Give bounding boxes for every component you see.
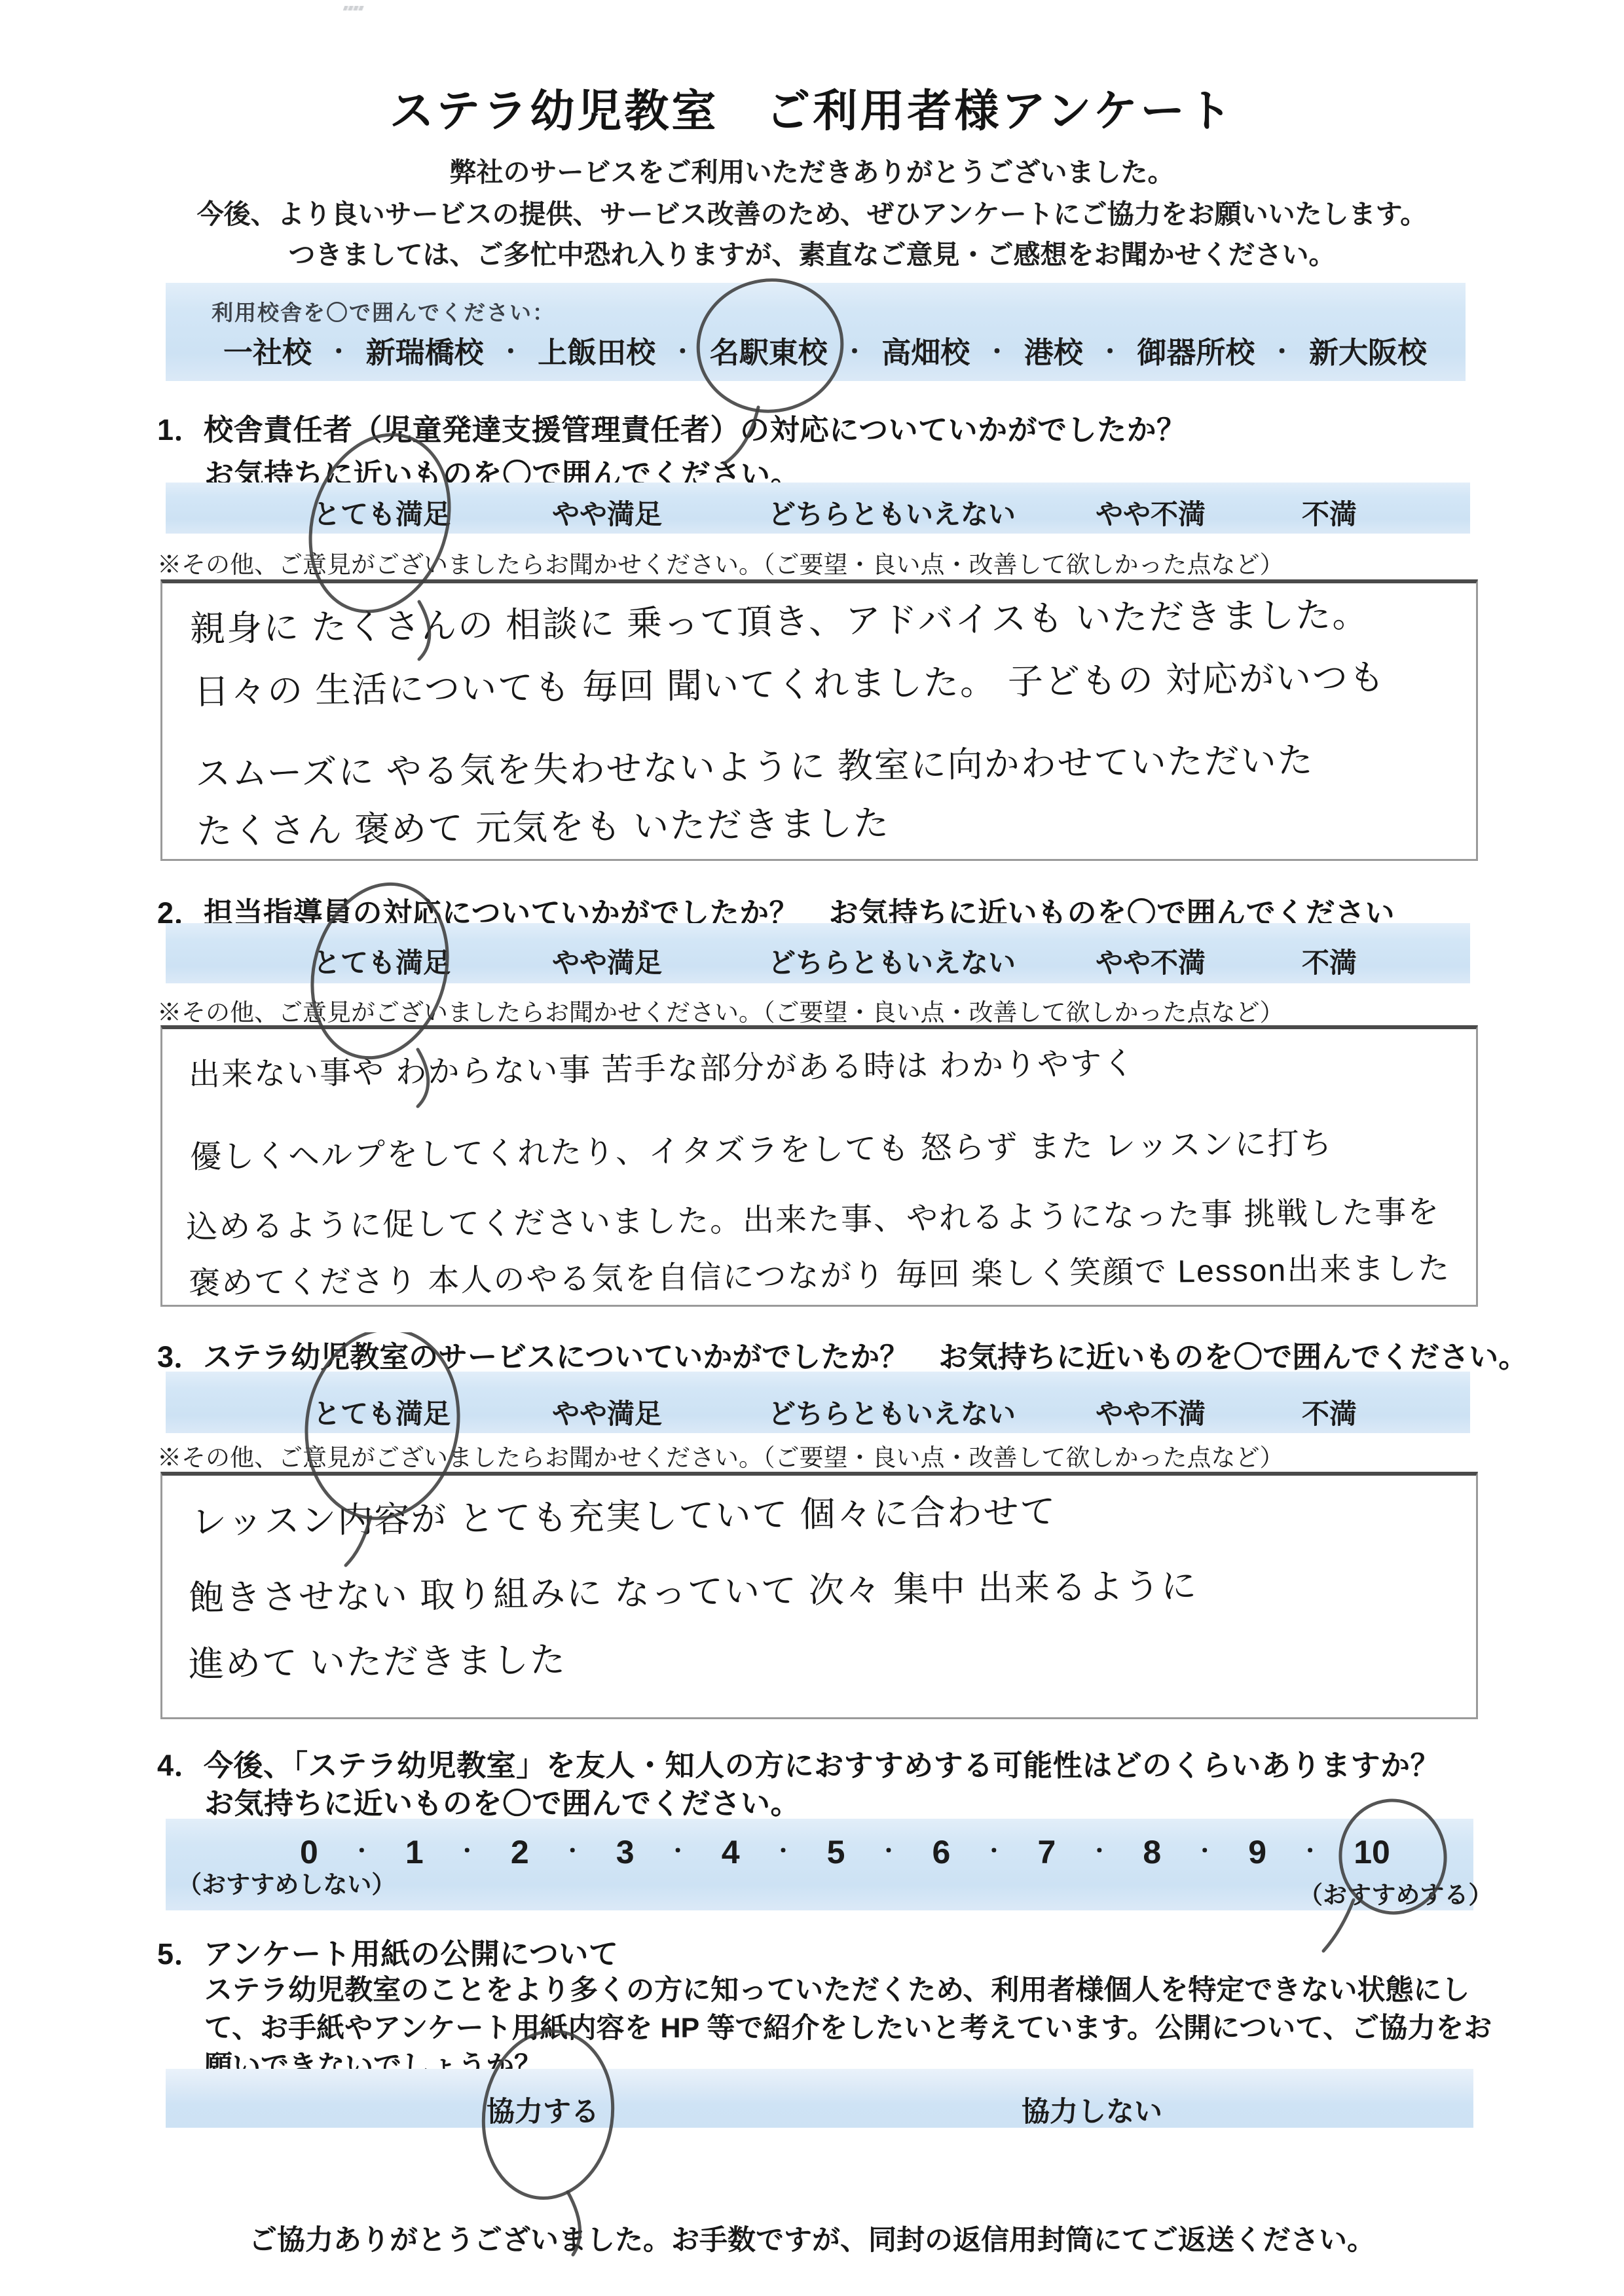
school-item-selected: 名駅東校: [710, 329, 828, 371]
option-dissatisfied: 不満: [1302, 493, 1357, 532]
answer-box-q1: 親身に たくさんの 相談に 乗って頂き、アドバイスも いただきました。 日々の …: [160, 579, 1478, 861]
separator-dot: ・: [499, 333, 523, 367]
question-5-body-line: て、お手紙やアンケート用紙内容を HP 等で紹介をしたいと考えています。公開につ…: [204, 2006, 1492, 2046]
question-3-options-band: とても満足 やや満足 どちらともいえない やや不満 不満: [166, 1372, 1470, 1433]
nps-value: 3: [616, 1833, 635, 1871]
separator-dot: ・: [1194, 1834, 1215, 1865]
nps-value: 9: [1248, 1833, 1266, 1871]
handwritten-line: 優しくヘルプをしてくれたり、イタズラをしても 怒らず また レッスンに打ち: [190, 1118, 1333, 1176]
option-dissatisfied: 不満: [1302, 1393, 1357, 1432]
question-2-options-band: とても満足 やや満足 どちらともいえない やや不満 不満: [166, 923, 1470, 983]
school-item: 一社校: [223, 329, 312, 371]
school-item: 上飯田校: [538, 329, 655, 371]
nps-label-high: （おすすめする）: [1299, 1875, 1492, 1910]
other-opinion-note: ※その他、ご意見がございましたらお聞かせください。（ご要望・良い点・改善して欲し…: [157, 545, 1284, 580]
separator-dot: ・: [843, 333, 866, 367]
question-5-title: 5．アンケート用紙の公開について: [157, 1930, 618, 1973]
option-very-satisfied: とても満足: [313, 1393, 451, 1432]
separator-dot: ・: [562, 1834, 583, 1865]
school-row: 一社校 ・ 新瑞橋校 ・ 上飯田校 ・ 名駅東校 ・ 高畑校 ・ 港校 ・ 御器…: [223, 329, 1427, 371]
separator-dot: ・: [878, 1834, 899, 1865]
survey-sheet: ステラ幼児教室 ご利用者様アンケート 弊社のサービスをご利用いただきありがとうご…: [0, 0, 1624, 2296]
separator-dot: ・: [1270, 333, 1294, 367]
option-cooperate: 協力する: [487, 2090, 599, 2130]
nps-scale-band: 0 ・ 1 ・ 2 ・ 3 ・ 4 ・ 5 ・ 6 ・ 7 ・ 8 ・ 9 ・ …: [166, 1819, 1473, 1910]
school-item: 高畑校: [881, 329, 970, 371]
nps-value: 7: [1037, 1833, 1056, 1871]
handwritten-line: 日々の 生活についても 毎回 聞いてくれました。 子どもの 対応がいつも: [194, 649, 1386, 714]
nps-value: 1: [405, 1833, 424, 1871]
option-label: とても満足: [313, 499, 451, 530]
separator-dot: ・: [671, 333, 694, 367]
intro-line: つきましては、ご多忙中恐れ入りますが、素直なご意見・ご感想をお聞かせください。: [0, 233, 1624, 272]
option-not-cooperate: 協力しない: [1022, 2090, 1162, 2130]
school-selection-band: 利用校舎を〇で囲んでください： 一社校 ・ 新瑞橋校 ・ 上飯田校 ・ 名駅東校…: [166, 283, 1466, 381]
separator-dot: ・: [456, 1834, 477, 1865]
option-somewhat-satisfied: やや満足: [552, 493, 662, 532]
other-opinion-note: ※その他、ご意見がございましたらお聞かせください。（ご要望・良い点・改善して欲し…: [157, 1438, 1284, 1473]
separator-dot: ・: [327, 333, 350, 367]
question-5-options-band: 協力する 協力しない: [166, 2069, 1473, 2128]
separator-dot: ・: [773, 1834, 794, 1865]
handwritten-line: 込めるように促してくださいました。出来た事、やれるようになった事 挑戦した事を: [186, 1186, 1441, 1247]
handwritten-line: 出来ない事や わからない事 苦手な部分がある時は わかりやすく: [189, 1038, 1136, 1095]
option-very-satisfied: とても満足: [313, 941, 451, 981]
question-1-options-band: とても満足 やや満足 どちらともいえない やや不満 不満: [166, 483, 1470, 534]
separator-dot: ・: [1300, 1834, 1321, 1865]
question-3-title: 3．ステラ幼児教室のサービスについていかがでしたか？ お気持ちに近いものを〇で囲…: [157, 1333, 1528, 1376]
handwritten-line: 進めて いただきました: [189, 1631, 567, 1686]
intro-line: 今後、より良いサービスの提供、サービス改善のため、ぜひアンケートにご協力をお願い…: [0, 192, 1624, 231]
option-somewhat-satisfied: やや満足: [552, 1393, 662, 1432]
separator-dot: ・: [1098, 333, 1122, 367]
separator-dot: ・: [351, 1834, 372, 1865]
option-dissatisfied: 不満: [1302, 941, 1357, 981]
school-item: 御器所校: [1137, 329, 1255, 371]
separator-dot: ・: [1089, 1834, 1110, 1865]
handwritten-line: レッスン内容が とても充実していて 個々に合わせて: [191, 1484, 1057, 1544]
school-selection-label: 利用校舎を〇で囲んでください：: [212, 296, 555, 327]
option-somewhat-dissatisfied: やや不満: [1096, 493, 1206, 532]
option-somewhat-dissatisfied: やや不満: [1096, 1393, 1206, 1432]
nps-value: 5: [827, 1833, 845, 1871]
answer-box-q3: レッスン内容が とても充実していて 個々に合わせて 飽きさせない 取り組みに な…: [160, 1472, 1478, 1719]
handwritten-line: たくさん 褒めて 元気をも いただきました: [196, 795, 891, 854]
page-title: ステラ幼児教室 ご利用者様アンケート: [0, 76, 1624, 139]
option-label: とても満足: [313, 947, 451, 978]
question-1-title: 1．校舎責任者（児童発達支援管理責任者）の対応についていかがでしたか？: [157, 406, 1187, 448]
handwritten-line: 親身に たくさんの 相談に 乗って頂き、アドバイスも いただきました。: [190, 587, 1369, 651]
school-item: 港校: [1024, 329, 1083, 371]
separator-dot: ・: [667, 1834, 688, 1865]
option-neutral: どちらともいえない: [768, 1393, 1016, 1432]
nps-value: 10: [1354, 1834, 1390, 1870]
handwritten-line: 飽きさせない 取り組みに なっていて 次々 集中 出来るように: [189, 1558, 1198, 1621]
nps-label-low: （おすすめしない）: [177, 1865, 396, 1900]
nps-value: 6: [932, 1833, 951, 1871]
option-somewhat-dissatisfied: やや不満: [1096, 941, 1206, 981]
option-somewhat-satisfied: やや満足: [552, 941, 662, 981]
handwritten-line: 褒めてくださり 本人のやる気を自信につながり 毎回 楽しく笑顔で Lesson出…: [189, 1243, 1451, 1303]
nps-value: 4: [722, 1833, 740, 1871]
option-neutral: どちらともいえない: [768, 941, 1016, 981]
option-very-satisfied: とても満足: [313, 493, 451, 532]
option-label: 協力する: [487, 2096, 599, 2128]
answer-box-q2: 出来ない事や わからない事 苦手な部分がある時は わかりやすく 優しくヘルプをし…: [160, 1025, 1478, 1307]
option-neutral: どちらともいえない: [768, 493, 1016, 532]
nps-value-selected: 10: [1354, 1833, 1390, 1871]
school-item: 名駅東校: [710, 336, 828, 369]
question-5-body-line: ステラ幼児教室のことをより多くの方に知っていただくため、利用者様個人を特定できな…: [204, 1968, 1469, 2008]
option-label: とても満足: [313, 1398, 451, 1429]
nps-value: 2: [511, 1833, 529, 1871]
handwritten-line: スムーズに やる気を失わせないように 教室に向かわせていただいた: [195, 733, 1314, 797]
school-item: 新大阪校: [1309, 329, 1427, 371]
question-4-subtitle: お気持ちに近いものを〇で囲んでください。: [204, 1779, 800, 1822]
nps-scale-row: 0 ・ 1 ・ 2 ・ 3 ・ 4 ・ 5 ・ 6 ・ 7 ・ 8 ・ 9 ・ …: [300, 1833, 1390, 1871]
intro-line: 弊社のサービスをご利用いただきありがとうございました。: [0, 151, 1624, 189]
school-item: 新瑞橋校: [366, 329, 484, 371]
separator-dot: ・: [986, 333, 1009, 367]
other-opinion-note: ※その他、ご意見がございましたらお聞かせください。（ご要望・良い点・改善して欲し…: [157, 993, 1284, 1028]
scan-artifact: [343, 6, 365, 10]
question-4-title: 4．今後、「ステラ幼児教室」を友人・知人の方におすすめする可能性はどのくらいあり…: [157, 1741, 1440, 1784]
closing-message: ご協力ありがとうございました。お手数ですが、同封の返信用封筒にてご返送ください。: [0, 2218, 1624, 2258]
separator-dot: ・: [984, 1834, 1005, 1865]
nps-value: 8: [1143, 1833, 1161, 1871]
